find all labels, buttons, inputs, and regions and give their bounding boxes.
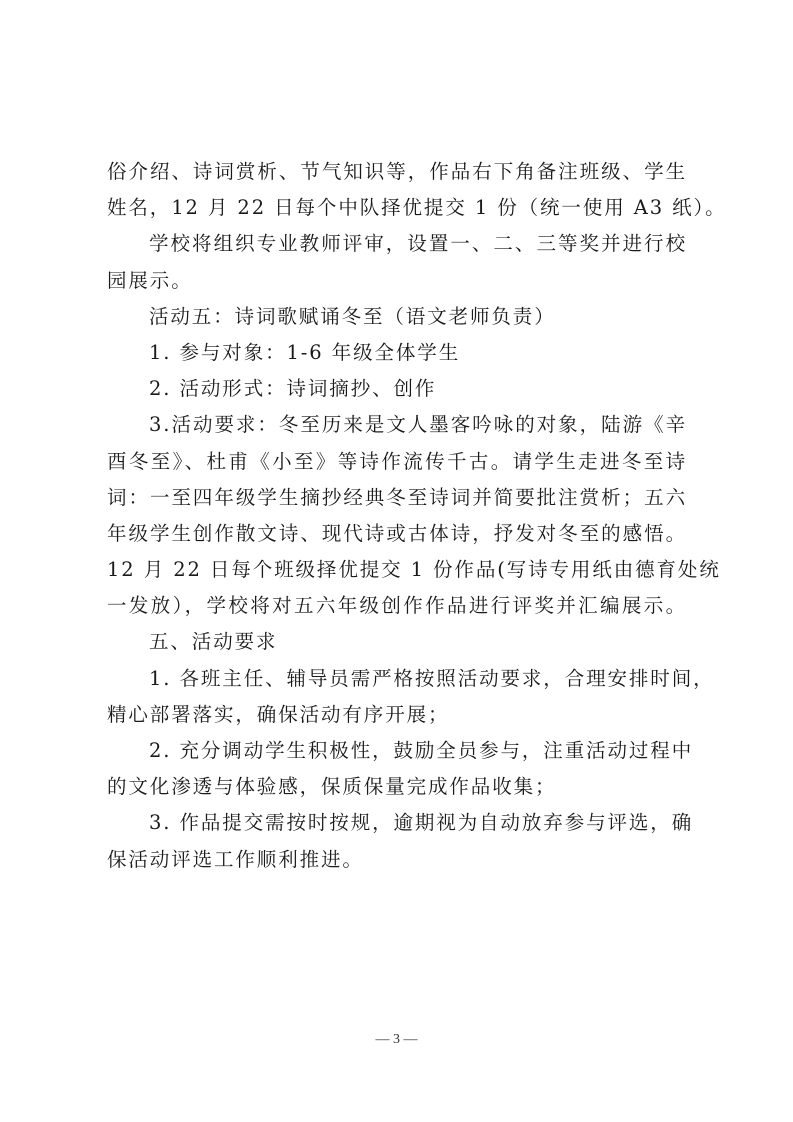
paragraph: 活动五：诗词歌赋诵冬至（语文老师负责） bbox=[107, 299, 687, 335]
text-line: 保活动评选工作顺利推进。 bbox=[107, 842, 687, 878]
paragraph: 3.活动要求：冬至历来是文人墨客吟咏的对象，陆游《辛 酉冬至》、杜甫《小至》等诗… bbox=[107, 407, 687, 624]
text-line: 学校将组织专业教师评审，设置一、二、三等奖并进行校 bbox=[107, 226, 687, 262]
text-line: 的文化渗透与体验感，保质保量完成作品收集； bbox=[107, 769, 687, 805]
paragraph: 学校将组织专业教师评审，设置一、二、三等奖并进行校 园展示。 bbox=[107, 226, 687, 298]
page-number: — 3 — bbox=[0, 1032, 793, 1048]
paragraph: 五、活动要求 bbox=[107, 624, 687, 660]
paragraph: 2. 活动形式：诗词摘抄、创作 bbox=[107, 371, 687, 407]
text-line: 2. 活动形式：诗词摘抄、创作 bbox=[107, 371, 687, 407]
activity-title: 活动五：诗词歌赋诵冬至（语文老师负责） bbox=[107, 299, 687, 335]
paragraph: 3. 作品提交需按时按规，逾期视为自动放弃参与评选，确 保活动评选工作顺利推进。 bbox=[107, 805, 687, 877]
text-line: 年级学生创作散文诗、现代诗或古体诗，抒发对冬至的感悟。 bbox=[107, 516, 687, 552]
text-line: 3.活动要求：冬至历来是文人墨客吟咏的对象，陆游《辛 bbox=[107, 407, 687, 443]
text-line: 园展示。 bbox=[107, 263, 687, 299]
text-line: 2. 充分调动学生积极性，鼓励全员参与，注重活动过程中 bbox=[107, 733, 687, 769]
text-line: 12 月 22 日每个班级择优提交 1 份作品(写诗专用纸由德育处统 bbox=[107, 552, 687, 588]
text-line: 1. 参与对象：1-6 年级全体学生 bbox=[107, 335, 687, 371]
text-line: 精心部署落实，确保活动有序开展； bbox=[107, 697, 687, 733]
paragraph: 1. 参与对象：1-6 年级全体学生 bbox=[107, 335, 687, 371]
paragraph: 2. 充分调动学生积极性，鼓励全员参与，注重活动过程中 的文化渗透与体验感，保质… bbox=[107, 733, 687, 805]
paragraph: 俗介绍、诗词赏析、节气知识等，作品右下角备注班级、学生 姓名，12 月 22 日… bbox=[107, 154, 687, 226]
text-line: 1. 各班主任、辅导员需严格按照活动要求，合理安排时间， bbox=[107, 661, 687, 697]
text-line: 3. 作品提交需按时按规，逾期视为自动放弃参与评选，确 bbox=[107, 805, 687, 841]
text-line: 姓名，12 月 22 日每个中队择优提交 1 份（统一使用 A3 纸）。 bbox=[107, 190, 687, 226]
text-line: 俗介绍、诗词赏析、节气知识等，作品右下角备注班级、学生 bbox=[107, 154, 687, 190]
text-line: 一发放），学校将对五六年级创作作品进行评奖并汇编展示。 bbox=[107, 588, 687, 624]
text-line: 词：一至四年级学生摘抄经典冬至诗词并简要批注赏析；五六 bbox=[107, 480, 687, 516]
text-line: 酉冬至》、杜甫《小至》等诗作流传千古。请学生走进冬至诗 bbox=[107, 444, 687, 480]
paragraph: 1. 各班主任、辅导员需严格按照活动要求，合理安排时间， 精心部署落实，确保活动… bbox=[107, 661, 687, 733]
document-body: 俗介绍、诗词赏析、节气知识等，作品右下角备注班级、学生 姓名，12 月 22 日… bbox=[107, 154, 687, 878]
section-heading: 五、活动要求 bbox=[107, 624, 687, 660]
